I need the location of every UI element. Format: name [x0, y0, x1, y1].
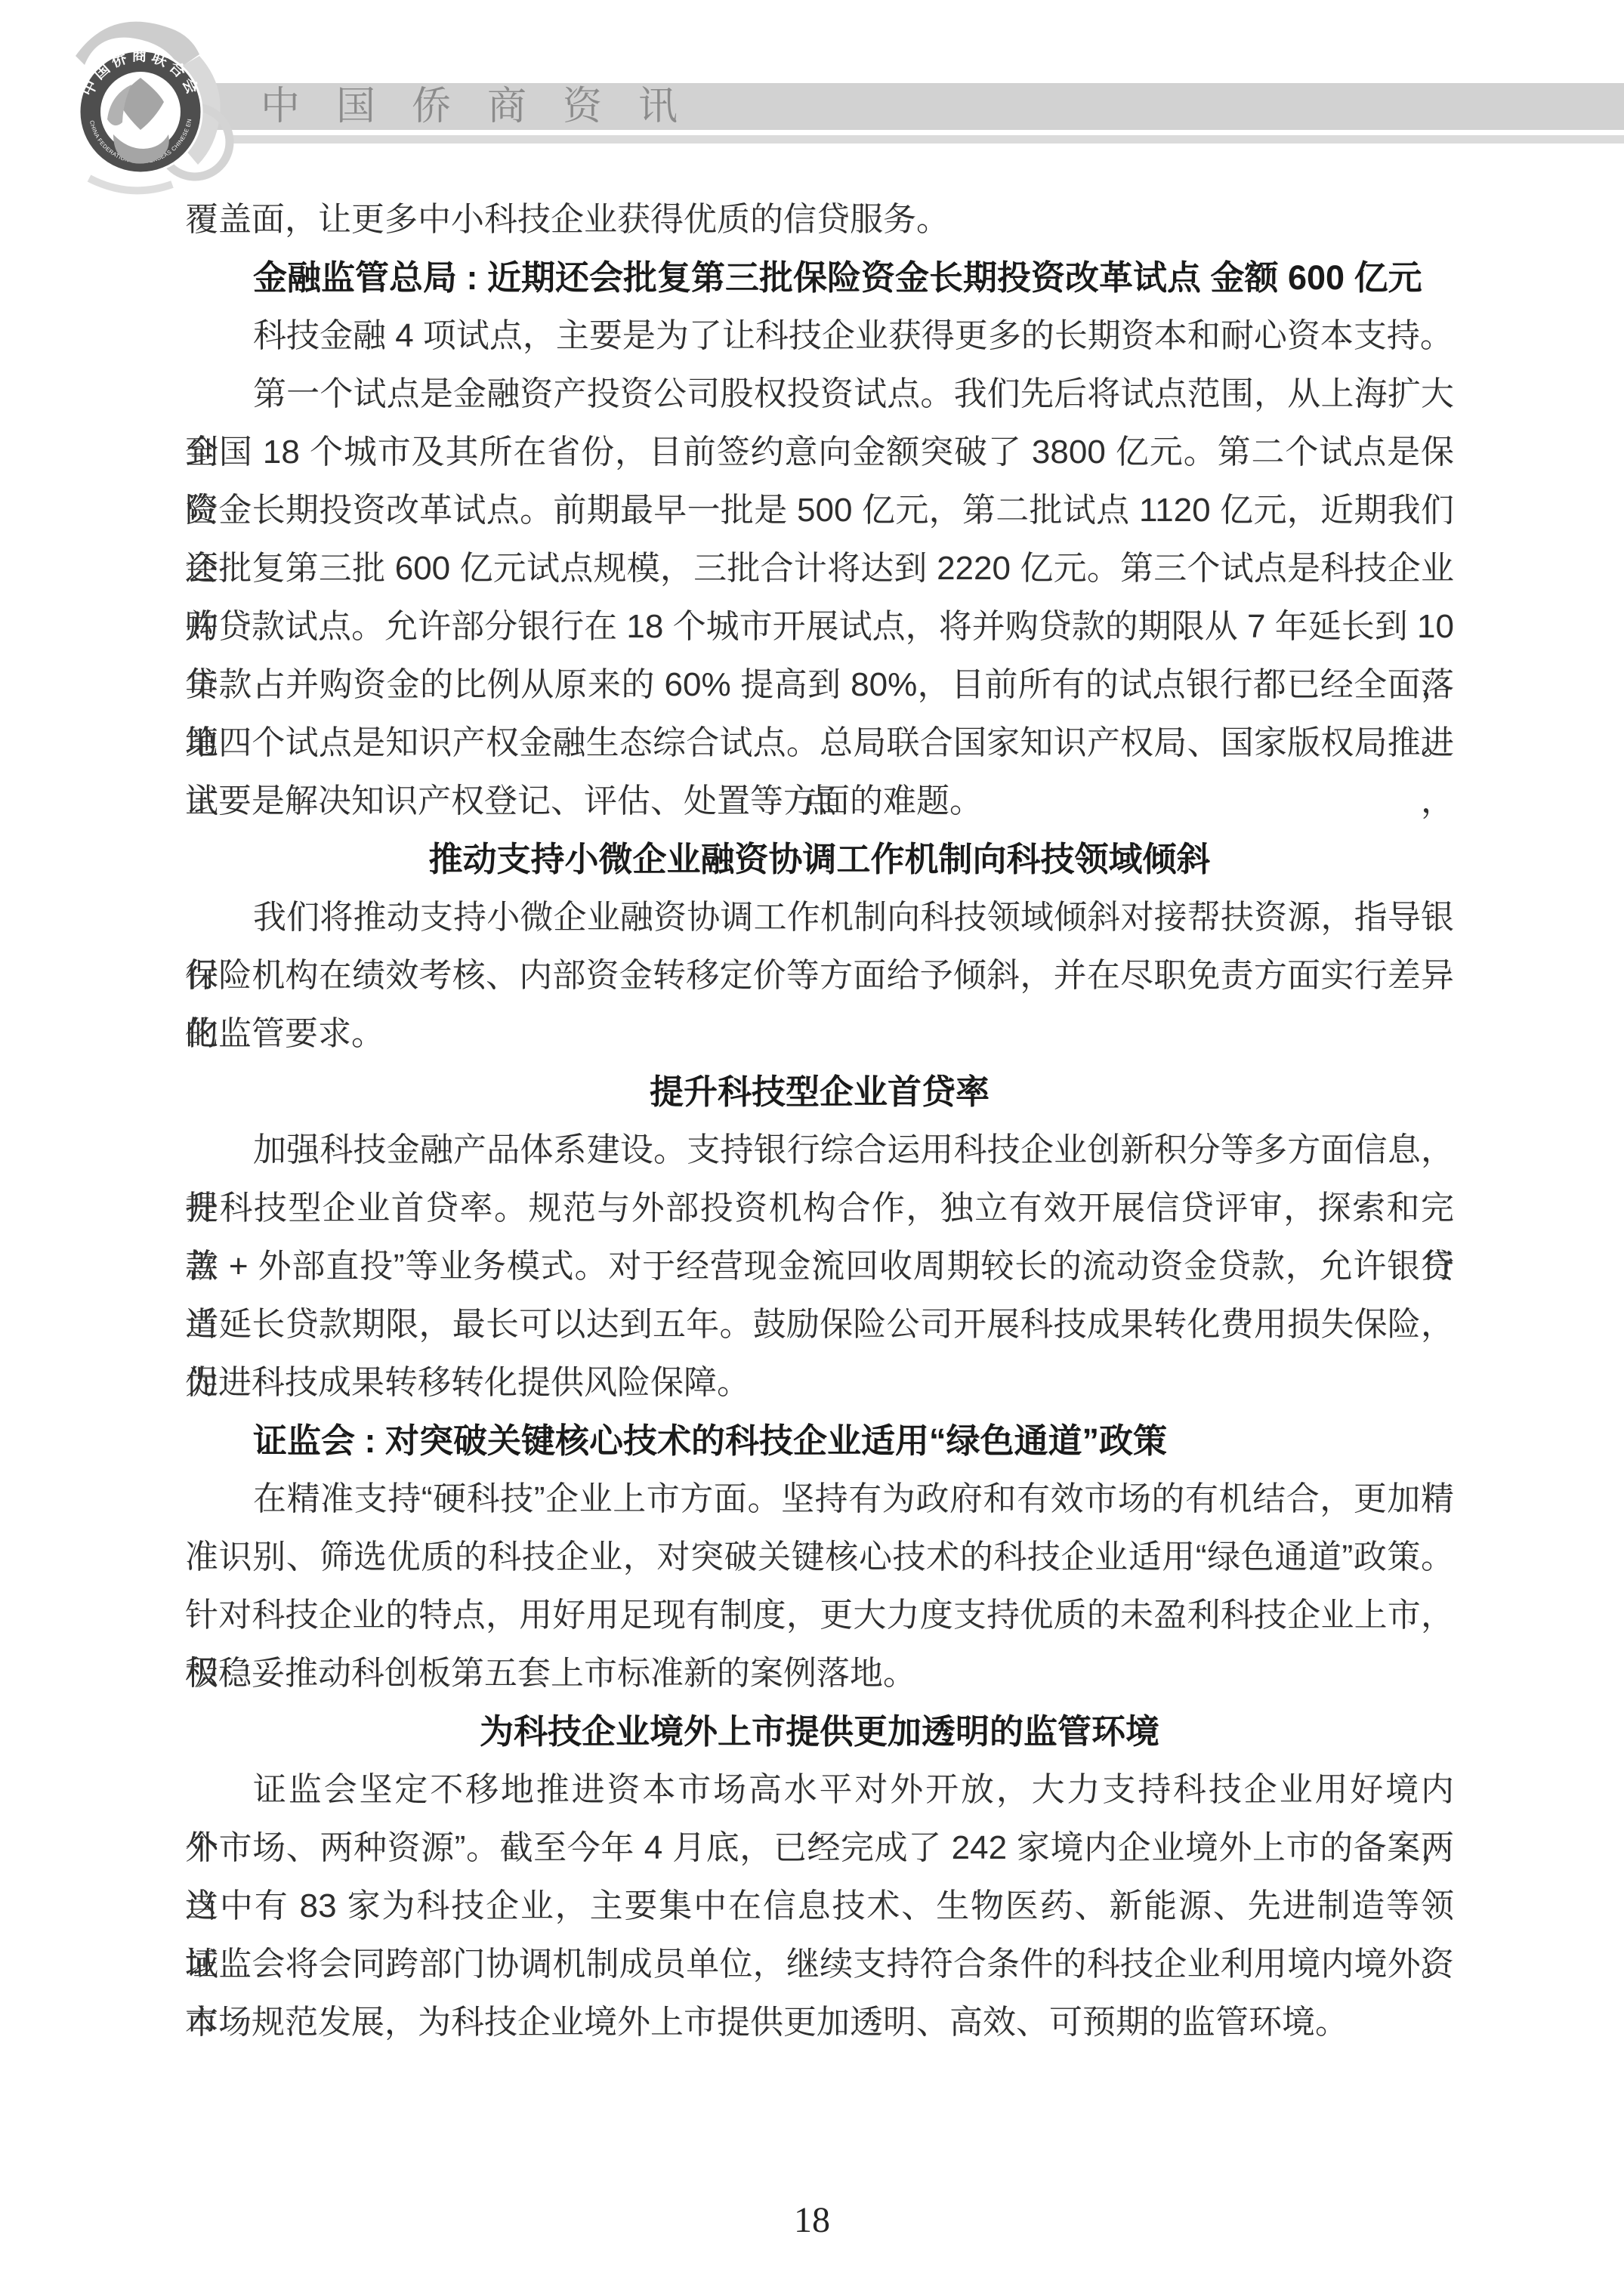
paragraph-line: 当延长贷款期限，最长可以达到五年。鼓励保险公司开展科技成果转化费用损失保险，为: [185, 1295, 1454, 1353]
paragraph-line: 购贷款试点。允许部分银行在 18 个城市开展试点，将并购贷款的期限从 7 年延长…: [185, 597, 1454, 656]
header-stripe: [228, 135, 1624, 144]
federation-seal-logo: 中国侨商联合会 CHINA FEDERATION OF OVERSEAS CHI…: [0, 0, 257, 205]
document-page: 中国侨商资讯 中国侨商联合会 CHINA FEDERATION OF OV: [0, 0, 1624, 2293]
paragraph-line: 个市场、两种资源”。截至今年 4 月底，已经完成了 242 家境内企业境外上市的…: [185, 1819, 1454, 1877]
section-heading: 证监会 : 对突破关键核心技术的科技企业适用“绿色通道”政策: [185, 1412, 1454, 1470]
paragraph-line: 证监会坚定不移地推进资本市场高水平对外开放，大力支持科技企业用好境内外“两: [185, 1761, 1454, 1819]
paragraph-line: 全国 18 个城市及其所在省份，目前签约意向金额突破了 3800 亿元。第二个试…: [185, 423, 1454, 481]
paragraph-line: 会批复第三批 600 亿元试点规模，三批合计将达到 2220 亿元。第三个试点是…: [185, 539, 1454, 597]
paragraph-line: 针对科技企业的特点，用好用足现有制度，更大力度支持优质的未盈利科技企业上市，积: [185, 1586, 1454, 1644]
paragraph-line: 科技金融 4 项试点，主要是为了让科技企业获得更多的长期资本和耐心资本支持。: [185, 307, 1454, 365]
section-heading: 金融监管总局 : 近期还会批复第三批保险资金长期投资改革试点 金额 600 亿元: [185, 248, 1454, 307]
section-heading: 推动支持小微企业融资协调工作机制向科技领域倾斜: [185, 830, 1454, 888]
paragraph-line: 我们将推动支持小微企业融资协调工作机制向科技领域倾斜对接帮扶资源，指导银行: [185, 888, 1454, 946]
paragraph-line: 款 + 外部直投”等业务模式。对于经营现金流回收周期较长的流动资金贷款，允许银行…: [185, 1237, 1454, 1295]
paragraph-line: 第四个试点是知识产权金融生态综合试点。总局联合国家知识产权局、国家版权局推进试点…: [185, 714, 1454, 772]
paragraph-line: 当中有 83 家为科技企业，主要集中在信息技术、生物医药、新能源、先进制造等领域…: [185, 1877, 1454, 1935]
section-heading: 为科技企业境外上市提供更加透明的监管环境: [185, 1702, 1454, 1761]
paragraph-line: 贷款占并购资金的比例从原来的 60% 提高到 80%，目前所有的试点银行都已经全…: [185, 656, 1454, 714]
page-number: 18: [0, 2199, 1624, 2241]
paragraph-line: 促进科技成果转移转化提供风险保障。: [185, 1353, 1454, 1412]
article-body: 覆盖面，让更多中小科技企业获得优质的信贷服务。 金融监管总局 : 近期还会批复第…: [185, 190, 1454, 2051]
paragraph-line: 市场规范发展，为科技企业境外上市提供更加透明、高效、可预期的监管环境。: [185, 1993, 1454, 2051]
masthead-title: 中国侨商资讯: [261, 83, 714, 130]
paragraph-line: 证监会将会同跨部门协调机制成员单位，继续支持符合条件的科技企业利用境内境外资本: [185, 1935, 1454, 1993]
paragraph-line: 保险机构在绩效考核、内部资金转移定价等方面给予倾斜，并在尽职免责方面实行差异化: [185, 946, 1454, 1005]
paragraph-line: 第一个试点是金融资产投资公司股权投资试点。我们先后将试点范围，从上海扩大到: [185, 365, 1454, 423]
paragraph-line: 资金长期投资改革试点。前期最早一批是 500 亿元，第二批试点 1120 亿元，…: [185, 481, 1454, 539]
paragraph-line: 加强科技金融产品体系建设。支持银行综合运用科技企业创新积分等多方面信息，提: [185, 1121, 1454, 1179]
paragraph-line: 覆盖面，让更多中小科技企业获得优质的信贷服务。: [185, 190, 1454, 248]
paragraph-line: 极稳妥推动科创板第五套上市标准新的案例落地。: [185, 1644, 1454, 1702]
paragraph-line: 的监管要求。: [185, 1005, 1454, 1063]
paragraph-line: 升科技型企业首贷率。规范与外部投资机构合作，独立有效开展信贷评审，探索和完善“贷: [185, 1179, 1454, 1237]
paragraph-line: 在精准支持“硬科技”企业上市方面。坚持有为政府和有效市场的有机结合，更加精: [185, 1470, 1454, 1528]
section-heading: 提升科技型企业首贷率: [185, 1063, 1454, 1121]
paragraph-line: 准识别、筛选优质的科技企业，对突破关键核心技术的科技企业适用“绿色通道”政策。: [185, 1528, 1454, 1586]
